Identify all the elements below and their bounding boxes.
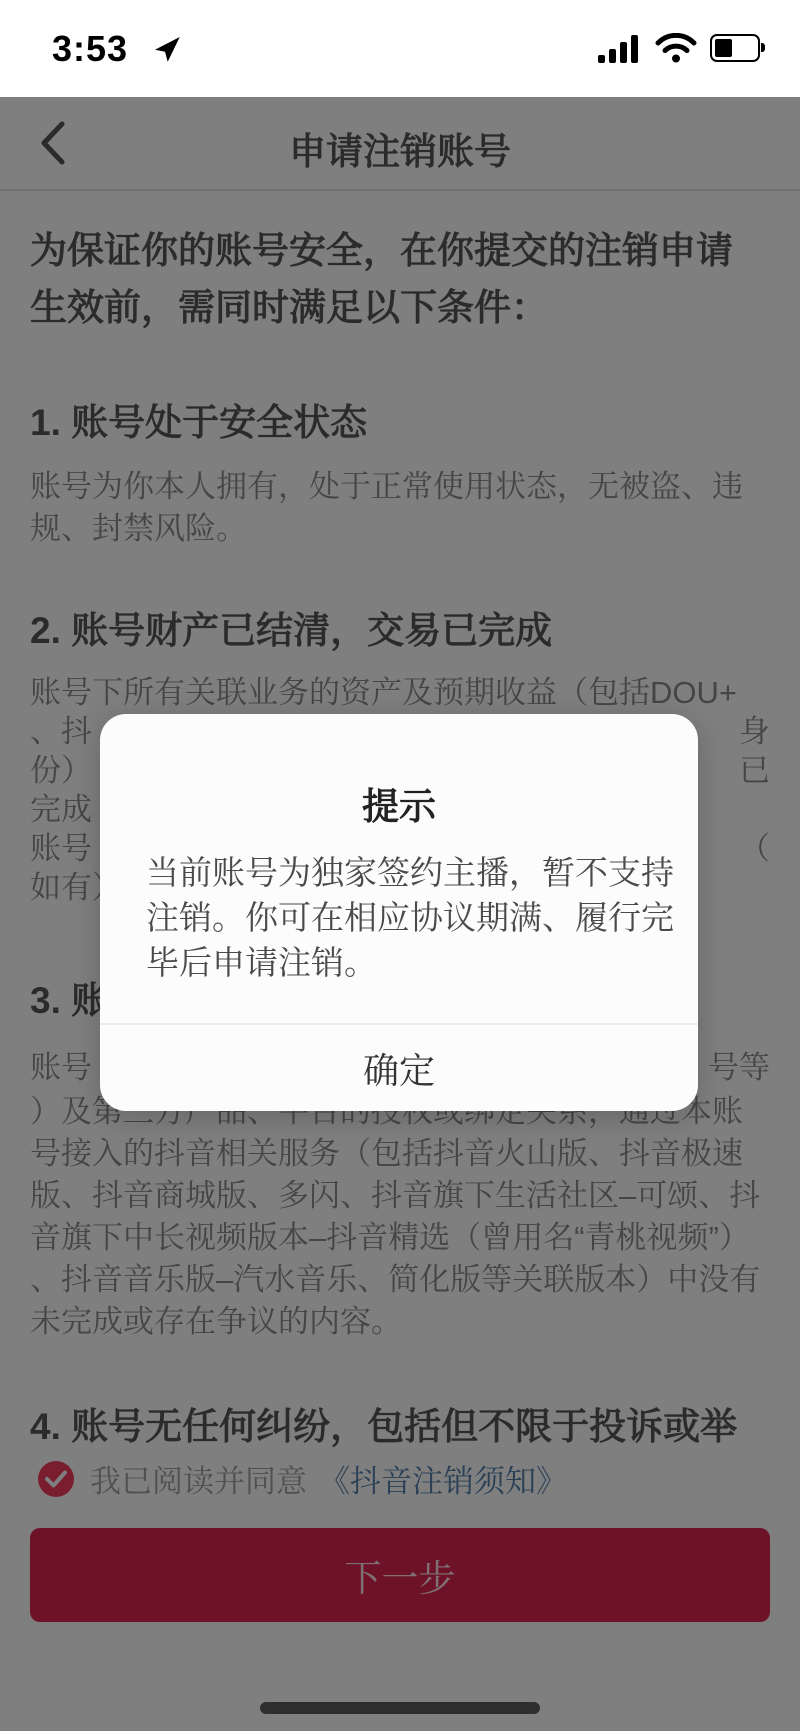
alert-dialog: 提示 当前账号为独家签约主播，暂不支持 注销。你可在相应协议期满、履行完 毕后申…	[100, 714, 698, 1111]
battery-cap	[761, 43, 765, 52]
location-arrow-icon	[150, 32, 184, 66]
phone-screen: 3:53 申请注销账号	[0, 0, 800, 1731]
wifi-icon	[655, 33, 697, 63]
status-icons	[598, 33, 760, 63]
status-bar: 3:53	[0, 0, 800, 97]
dialog-message-line: 注销。你可在相应协议期满、履行完	[146, 895, 658, 940]
clock: 3:53	[52, 28, 128, 70]
dialog-message: 当前账号为独家签约主播，暂不支持 注销。你可在相应协议期满、履行完 毕后申请注销…	[146, 850, 658, 985]
dialog-title: 提示	[100, 776, 698, 830]
confirm-button[interactable]: 确定	[100, 1025, 698, 1111]
dialog-message-line: 毕后申请注销。	[146, 940, 658, 985]
cellular-signal-icon	[598, 33, 642, 63]
battery-fill	[715, 39, 732, 57]
battery-icon	[710, 34, 760, 62]
dialog-message-line: 当前账号为独家签约主播，暂不支持	[146, 850, 658, 895]
